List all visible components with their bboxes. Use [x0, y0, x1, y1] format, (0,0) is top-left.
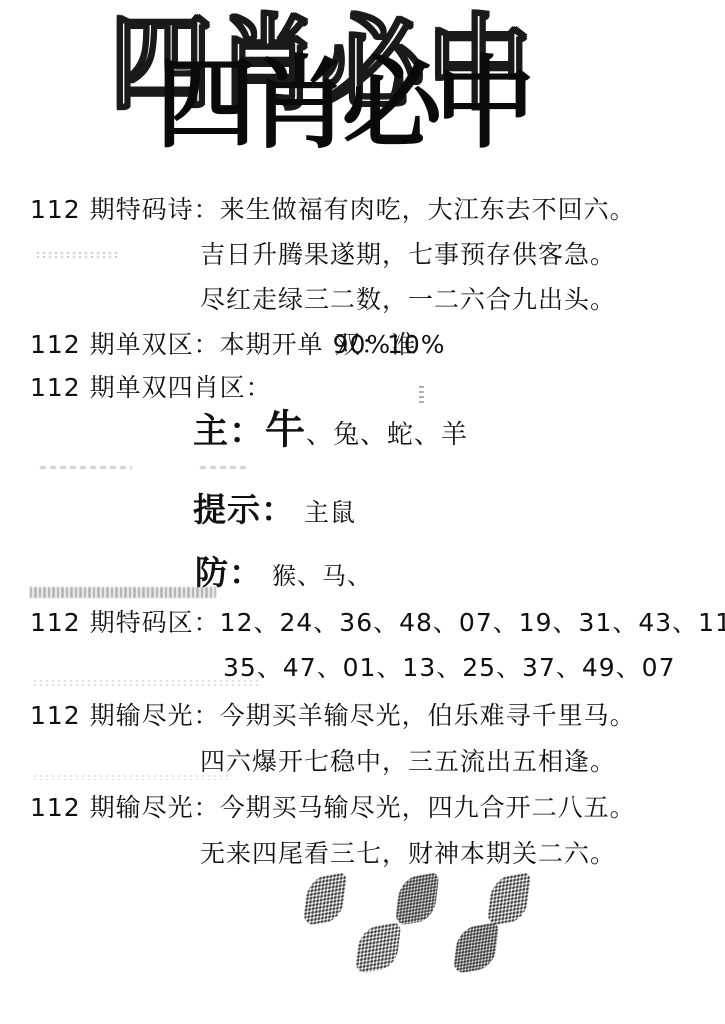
hint-line: 提示： 主鼠 — [193, 489, 356, 530]
pixelated-watermark-line-2 — [357, 926, 553, 970]
poem-line-2: 吉日升腾果遂期，七事预存供客急。 — [200, 239, 616, 270]
tema-numbers-1: 12、24、36、48、07、19、31、43、11、23、 — [220, 608, 725, 637]
hint-prefix: 提示： — [193, 490, 295, 529]
faded-smudge — [200, 466, 246, 469]
faded-text-smudge — [30, 587, 216, 598]
guard-text: 猴、马、 — [272, 562, 372, 590]
sjg1-line-1: 112 期输尽光：今期买羊输尽光，伯乐难寻千里马。 — [30, 700, 636, 731]
poem-label: 112 期特码诗： — [30, 195, 220, 224]
pixelated-blob — [355, 922, 402, 975]
faded-smudge — [32, 679, 262, 686]
faded-smudge — [32, 774, 232, 780]
pixelated-blob — [406, 966, 447, 973]
main-prefix: 主： — [193, 412, 265, 452]
faded-smudge — [35, 251, 120, 259]
tema-zone-label: 112 期特码区： — [30, 608, 220, 637]
pixelated-blob — [453, 922, 500, 975]
tema-zone-line-1: 112 期特码区：12、24、36、48、07、19、31、43、11、23、 — [30, 607, 725, 638]
faded-smudge — [419, 383, 424, 403]
pixelated-blob — [302, 872, 347, 927]
poem-line-1: 112 期特码诗：来生做福有肉吃，大江东去不回六。 — [30, 194, 636, 225]
pixelated-blob — [535, 919, 574, 926]
sjg1-line-2: 四六爆开七稳中，三五流出五相逢。 — [200, 746, 616, 777]
poem-text-1: 来生做福有肉吃，大江东去不回六。 — [220, 195, 636, 224]
sjg2-text-1: 今期买马输尽光，四九合开二八五。 — [220, 793, 636, 822]
sjg2-line-1: 112 期输尽光：今期买马输尽光，四九合开二八五。 — [30, 792, 636, 823]
pixelated-watermark-line-1 — [305, 876, 581, 922]
sjg1-label: 112 期输尽光： — [30, 701, 220, 730]
pixelated-blob — [394, 872, 439, 927]
four-xiao-label: 112 期单双四肖区： — [30, 372, 272, 403]
odd-even-label: 112 期单双区： — [30, 330, 220, 359]
guard-line: 防： 猴、马、 — [195, 552, 372, 593]
pixelated-blob — [504, 968, 545, 978]
main-animal-rest: 、兔、蛇、羊 — [306, 420, 468, 450]
main-animal: 牛 — [265, 407, 306, 453]
hint-text: 主鼠 — [304, 498, 356, 527]
sjg2-label: 112 期输尽光： — [30, 793, 220, 822]
poem-line-3: 尽红走绿三二数，一二六合九出头。 — [200, 284, 616, 315]
sjg2-line-2: 无来四尾看三七，财神本期关二六。 — [200, 838, 616, 869]
sjg1-text-1: 今期买羊输尽光，伯乐难寻千里马。 — [220, 701, 636, 730]
main-animals-line: 主：牛、兔、蛇、羊 — [193, 405, 468, 455]
odd-even-even-value: 双：10% — [335, 329, 446, 360]
tip-sheet-page: 四肖必中 四肖必中 112 期特码诗：来生做福有肉吃，大江东去不回六。 吉日升腾… — [0, 0, 725, 1024]
tema-numbers-2: 35、47、01、13、25、37、49、07 — [223, 652, 676, 683]
odd-even-line: 112 期单双区：本期开单 90%准 双：10% — [30, 329, 690, 360]
page-title: 四肖必中 — [156, 46, 528, 161]
faded-smudge — [40, 466, 132, 469]
pixelated-blob — [486, 872, 531, 927]
